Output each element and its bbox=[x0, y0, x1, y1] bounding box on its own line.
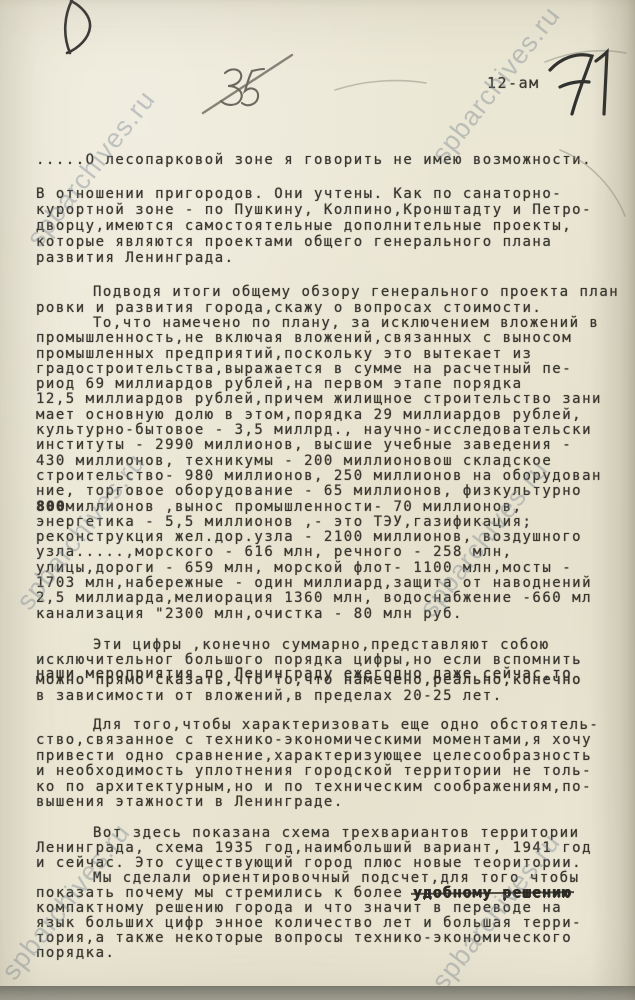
typed-line: привести одно сравнение,характеризующее … bbox=[36, 749, 635, 764]
scan-edge-band bbox=[0, 986, 635, 1000]
typed-line: промышленность,не включая вложений,связа… bbox=[36, 331, 635, 346]
typed-line-overstruck: можно прямо сказать,что то,что намечено,… bbox=[36, 672, 582, 688]
typed-line: Вот здесь показана схема трехвариантов т… bbox=[36, 826, 635, 841]
typed-line: Ленинграда, схема 1935 год,наимбольший в… bbox=[36, 841, 635, 856]
typed-line: и необходимость уплотнения городской тер… bbox=[36, 764, 635, 779]
typed-line: канализация "2300 млн,очистка - 80 млн р… bbox=[36, 607, 635, 622]
typed-line: мает основную долю в этом,порядка 29 мил… bbox=[36, 408, 635, 423]
handwritten-page-number-71 bbox=[550, 52, 607, 114]
paragraph-figures: Эти цифры ,конечно суммарно,представляют… bbox=[36, 637, 635, 707]
typed-line: Эти цифры ,конечно суммарно,представляют… bbox=[36, 637, 550, 653]
typed-line: которые являются проектами общего генера… bbox=[36, 234, 635, 250]
typed-line: и сейчас. Это существующий город плюс но… bbox=[36, 856, 635, 871]
typed-line: То,что намечено по плану, за исключением… bbox=[36, 316, 635, 331]
crossed-out-number-35 bbox=[203, 55, 292, 113]
struck-out-text: удобному решению bbox=[413, 885, 572, 901]
typed-line: дворцу,имеются самостоятельные дополните… bbox=[36, 218, 635, 234]
typed-line: Мы сделали ориентировочный подсчет,для т… bbox=[36, 871, 635, 886]
overstruck-number: 800 bbox=[36, 499, 66, 515]
paragraph-summary-intro: Подводя итоги общему обзору генерального… bbox=[36, 284, 635, 316]
typed-line: курортной зоне - по Пушкину, Колпино,Кро… bbox=[36, 202, 635, 218]
typed-line: порядка. bbox=[36, 946, 635, 961]
typed-line: улицы,дороги - 659 млн, морской флот- 11… bbox=[36, 561, 635, 576]
typed-line: вышения этажности в Ленинграде. bbox=[36, 795, 635, 810]
typed-line: 12,5 миллиардов рублей,причем жилищное с… bbox=[36, 392, 635, 407]
typed-line: ко по архитектурным,но и по техническим … bbox=[36, 780, 635, 795]
ink-mark-top-left bbox=[65, 0, 90, 53]
scanned-document-page: spbarchives.ru spbarchives.ru spbarchive… bbox=[0, 0, 635, 1000]
typed-line: градостроительства,выражается в сумме на… bbox=[36, 362, 635, 377]
typed-line: компактному решению города и что значит … bbox=[36, 901, 635, 916]
typed-text: показать почему мы стремились к более bbox=[36, 885, 413, 901]
typed-line: Подводя итоги общему обзору генерального… bbox=[36, 284, 635, 300]
paragraph-intro: .....О лесопарковой зоне я говорить не и… bbox=[36, 152, 635, 168]
paragraph-costs: То,что намечено по плану, за исключением… bbox=[36, 316, 635, 622]
paragraph-suburbs: В отношении пригородов. Они учтены. Как … bbox=[36, 186, 635, 266]
typed-line: Для того,чтобы характеризовать еще одно … bbox=[36, 718, 635, 733]
typed-line: .....О лесопарковой зоне я говорить не и… bbox=[36, 152, 635, 168]
typed-line: ство,связанное с технико-экономическими … bbox=[36, 733, 635, 748]
paragraph-scheme: Вот здесь показана схема трехвариантов т… bbox=[36, 826, 635, 961]
typed-line: институты - 2990 миллионов, высшие учебн… bbox=[36, 438, 635, 453]
typed-line: узла.....,морского - 616 млн, речного - … bbox=[36, 545, 635, 560]
typed-line: энергетика - 5,5 миллионов ,- это ТЭУ,га… bbox=[36, 515, 635, 530]
typed-line-with-strikeout: показать почему мы стремились к более уд… bbox=[36, 886, 635, 901]
typed-line: 2,5 миллиарда,мелиорация 1360 млн, водос… bbox=[36, 591, 635, 606]
typed-page-code: 12-ам bbox=[487, 74, 540, 92]
typed-line: строительство- 980 миллионов, 250 миллио… bbox=[36, 469, 635, 484]
typed-line: 800миллионов ,вынос промышленности- 70 м… bbox=[36, 500, 635, 515]
typed-line: тория,а также некоторые вопросы технико-… bbox=[36, 931, 635, 946]
typed-line: промышленных предприятий,поскольку это в… bbox=[36, 347, 635, 362]
typed-line: в зависимости от вложений,в пределах 20-… bbox=[36, 688, 503, 704]
typed-line: язык больших цифр энное количество лет и… bbox=[36, 916, 635, 931]
typed-line-rest: миллионов ,вынос промышленности- 70 милл… bbox=[66, 499, 523, 515]
typed-line: реконструкция жел.дор.узла - 2100 миллио… bbox=[36, 530, 635, 545]
typed-line: развития Ленинграда. bbox=[36, 250, 635, 266]
typed-line: ровки и развития города,скажу о вопросах… bbox=[36, 300, 635, 316]
typed-line: ние, торговое оборудование - 65 миллионо… bbox=[36, 484, 635, 499]
typed-line: 430 миллионов, техникумы - 200 миллионов… bbox=[36, 454, 635, 469]
typed-line: В отношении пригородов. Они учтены. Как … bbox=[36, 186, 635, 202]
paragraph-density: Для того,чтобы характеризовать еще одно … bbox=[36, 718, 635, 810]
